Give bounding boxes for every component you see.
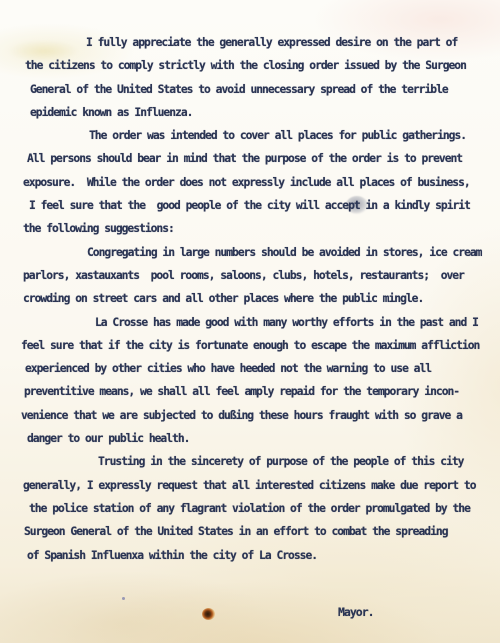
letter-line: venience that we are subjected to dußing…: [0, 404, 500, 427]
letter-line: La Crosse has made good with many worthy…: [0, 311, 500, 334]
letter-line: the citizens to comply strictly with the…: [0, 54, 500, 77]
letter-line: crowding on street cars and all other pl…: [0, 287, 500, 310]
letter-line: Trusting in the sincerety of purpose of …: [0, 450, 500, 473]
document-page: I fully appreciate the generally express…: [0, 0, 500, 643]
letter-line: the following suggestions:: [0, 217, 500, 240]
letter-line: danger to our public health.: [0, 427, 500, 450]
letter-line: experienced by other cities who have hee…: [0, 357, 500, 380]
ink-smudge: [346, 196, 368, 214]
letter-line: feel sure that if the city is fortunate …: [0, 334, 500, 357]
letter-line: Surgeon General of the United States in …: [0, 520, 500, 543]
signature-line: Mayor.: [338, 605, 374, 619]
letter-line: I feel sure that the good people of the …: [0, 194, 500, 217]
letter-line: parlors, xastauxants pool rooms, saloons…: [0, 264, 500, 287]
letter-line: epidemic known as Influenza.: [0, 101, 500, 124]
letter-line: Congregating in large numbers should be …: [0, 241, 500, 264]
letter-line: I fully appreciate the generally express…: [0, 31, 500, 54]
letter-line: exposure. While the order does not expre…: [0, 171, 500, 194]
letter-line: the police station of any flagrant viola…: [0, 497, 500, 520]
ink-speck: [122, 597, 125, 600]
letter-line: of Spanish Influenxa within the city of …: [0, 544, 500, 567]
letter-line: All persons should bear in mind that the…: [0, 147, 500, 170]
letter-line: General of the United States to avoid un…: [0, 78, 500, 101]
letter-line: preventitive means, we shall all feel am…: [0, 380, 500, 403]
burn-mark: [202, 608, 215, 620]
letter-body: I fully appreciate the generally express…: [0, 31, 500, 567]
letter-line: The order was intended to cover all plac…: [0, 124, 500, 147]
letter-line: generally, I expressly request that all …: [0, 474, 500, 497]
